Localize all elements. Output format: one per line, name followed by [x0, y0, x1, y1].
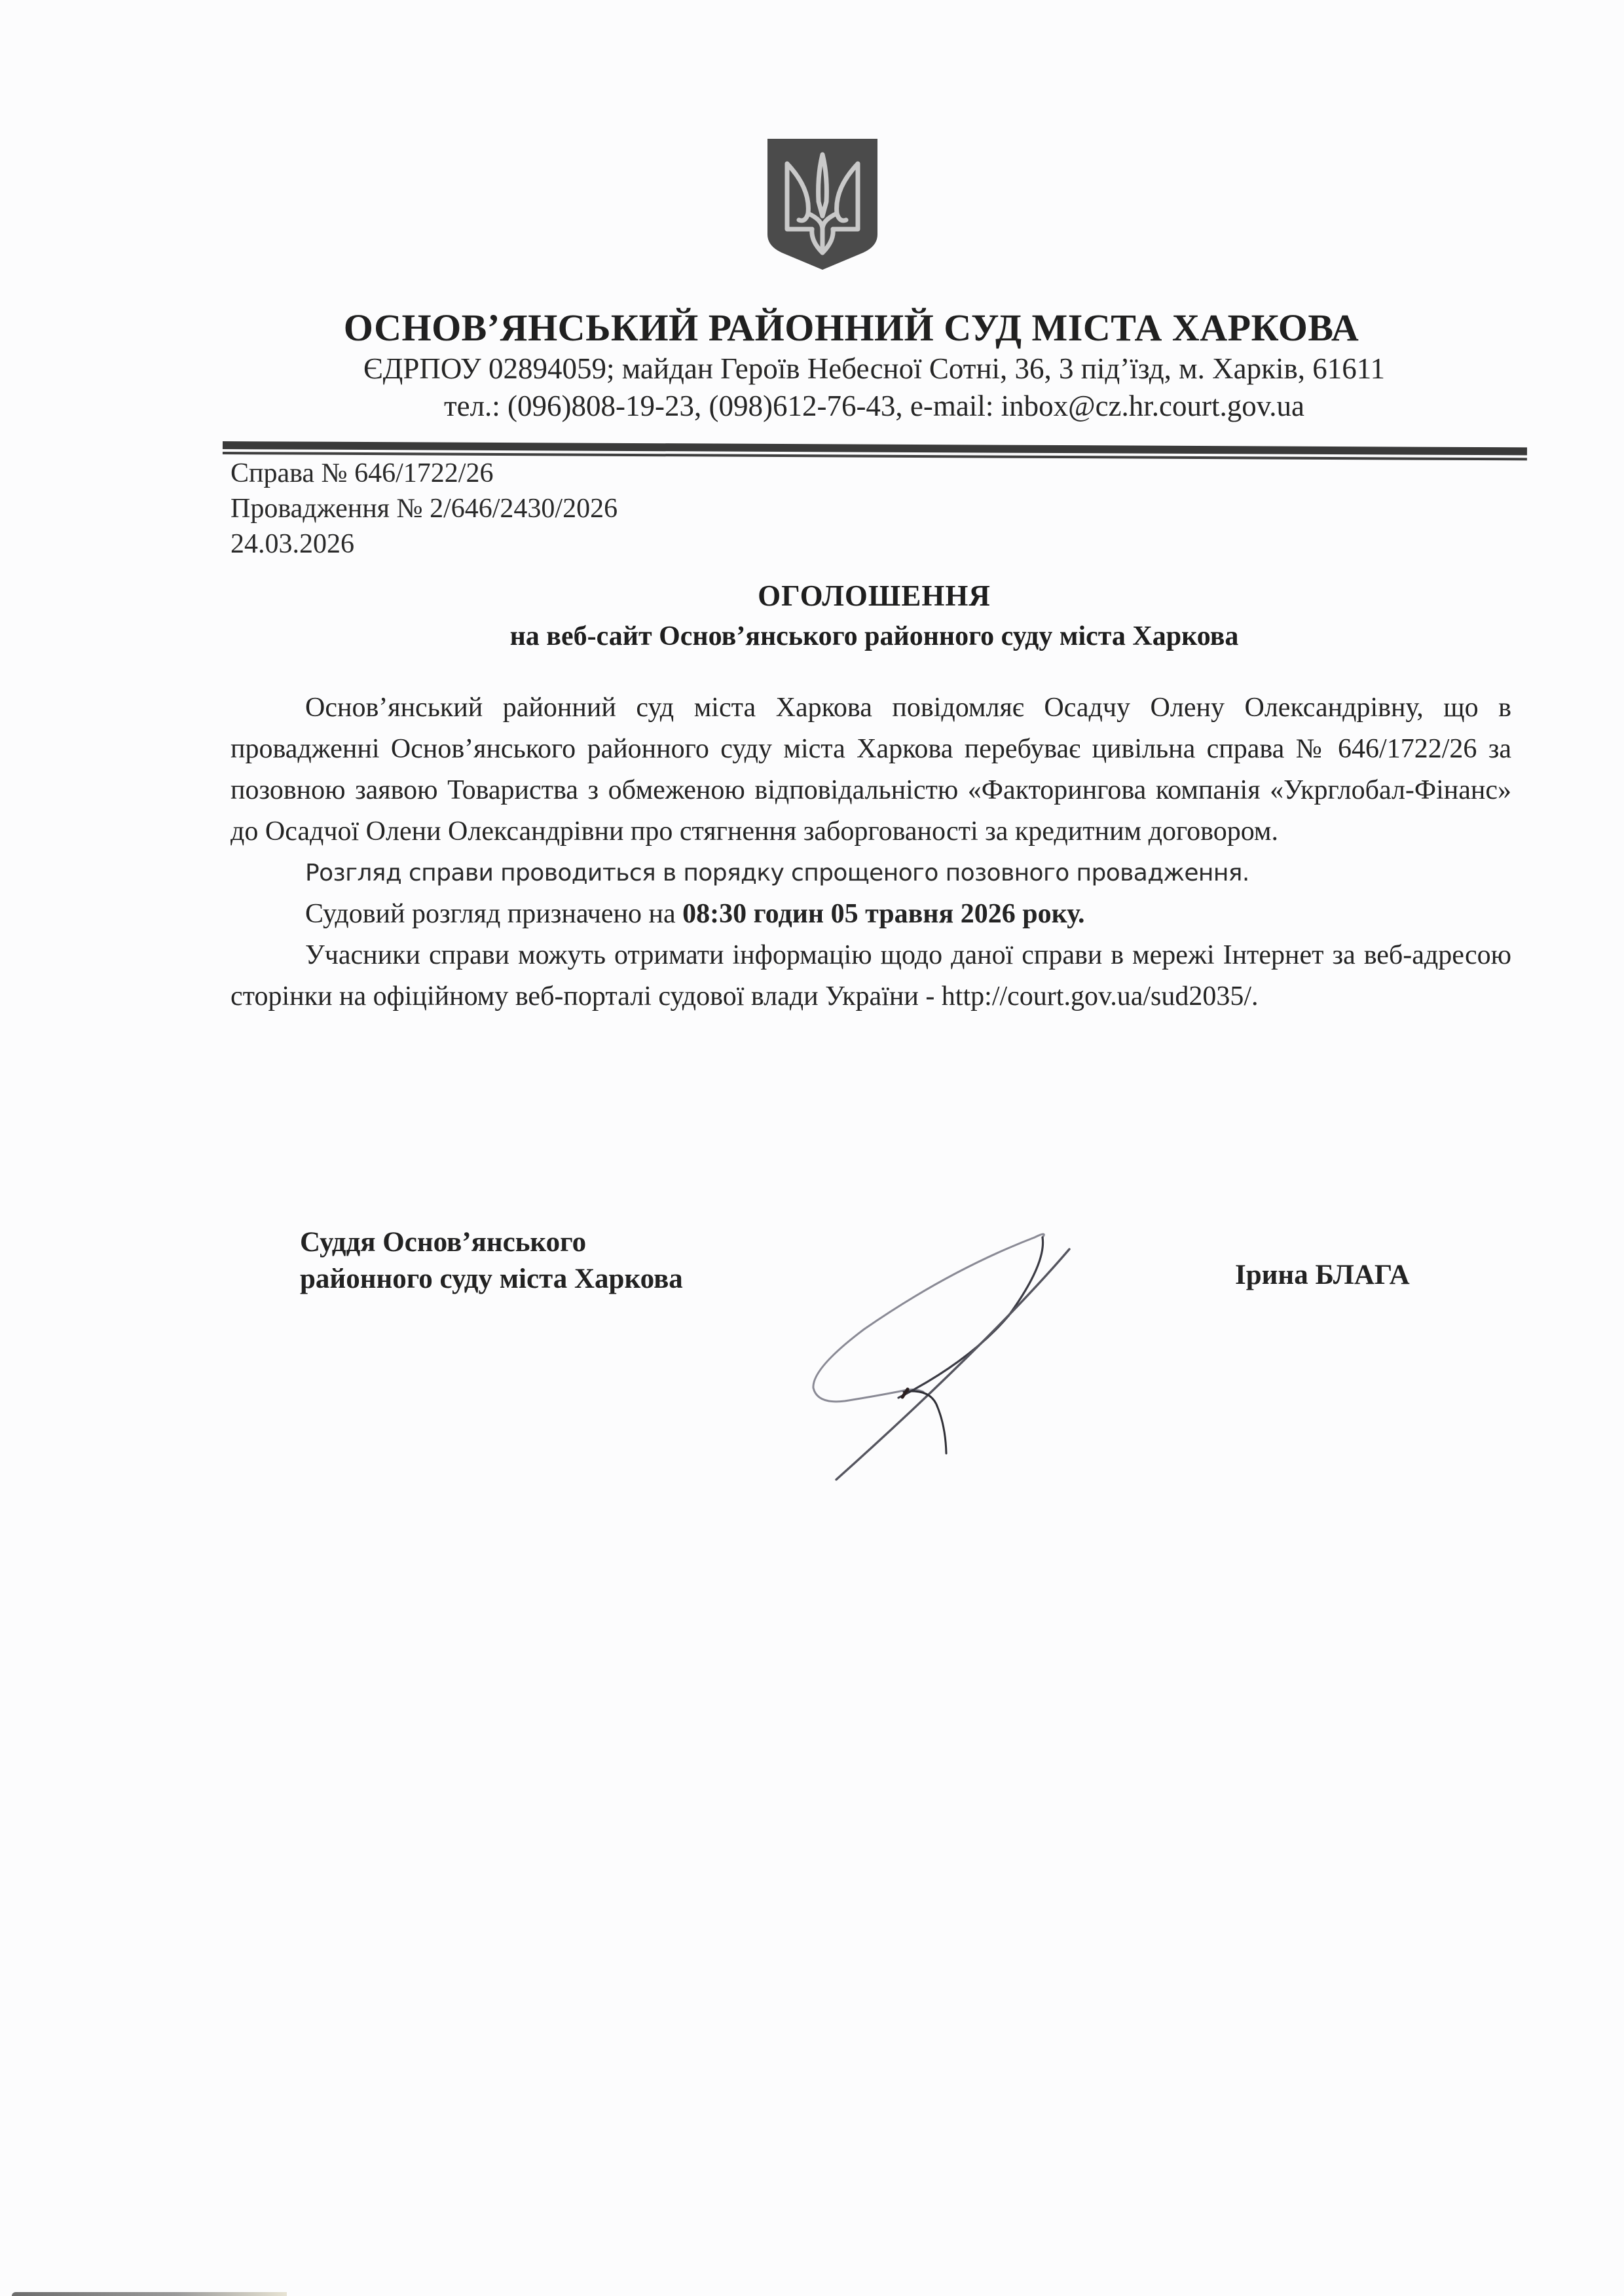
court-address: ЄДРПОУ 02894059; майдан Героїв Небесної … [0, 350, 1624, 387]
announcement-subtitle: на веб-сайт Основ’янського районного суд… [0, 618, 1624, 655]
announcement-body: Основ’янський районний суд міста Харкова… [231, 687, 1511, 1017]
announcement-title: ОГОЛОШЕННЯ [0, 577, 1624, 614]
court-contacts: тел.: (096)808-19-23, (098)612-76-43, e-… [0, 388, 1624, 424]
judge-title-line2: районного суду міста Харкова [300, 1261, 683, 1298]
judge-name: Ірина БЛАГА [1235, 1257, 1410, 1294]
hearing-datetime: 08:30 годин 05 травня 2026 року. [682, 899, 1084, 929]
document-date: 24.03.2026 [231, 526, 618, 562]
document-page: ОСНОВ’ЯНСЬКИЙ РАЙОННИЙ СУД МІСТА ХАРКОВА… [0, 0, 1624, 2296]
judge-title: Суддя Основ’янського районного суду міст… [300, 1224, 683, 1298]
handwritten-signature-icon [786, 1211, 1244, 1506]
hearing-prefix: Судовий розгляд призначено на [305, 899, 682, 929]
paragraph-hearing: Судовий розгляд призначено на 08:30 годи… [231, 894, 1511, 935]
scan-edge-artifact [12, 2292, 287, 2296]
court-name: ОСНОВ’ЯНСЬКИЙ РАЙОННИЙ СУД МІСТА ХАРКОВА [0, 305, 1624, 351]
case-references: Справа № 646/1722/26 Провадження № 2/646… [231, 456, 618, 562]
coat-of-arms-icon [765, 136, 880, 271]
judge-title-line1: Суддя Основ’янського [300, 1224, 683, 1261]
proceeding-number: Провадження № 2/646/2430/2026 [231, 491, 618, 526]
case-number: Справа № 646/1722/26 [231, 456, 618, 491]
paragraph-procedure: Розгляд справи проводиться в порядку спр… [231, 852, 1511, 894]
paragraph-notice: Основ’янський районний суд міста Харкова… [231, 687, 1511, 852]
paragraph-info: Учасники справи можуть отримати інформац… [231, 935, 1511, 1017]
